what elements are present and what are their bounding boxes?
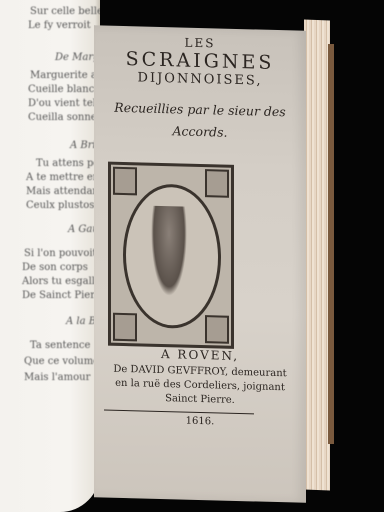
coat-of-arms-icon [113,167,137,196]
left-page-line: Mais attendant [26,186,100,197]
left-page-line: Ceulx plustost [26,200,98,211]
left-page-line: A te mettre en [26,172,99,183]
left-page-line: Sur celle belle [30,6,100,17]
imprint-year: 1616. [94,413,306,430]
left-page-line: Que ce volume [24,356,99,367]
left-page-line: Cueille blanche [28,84,100,95]
left-page-line: Ta sentence [30,340,90,351]
winged-figure-icon [151,206,187,297]
title-page: LES SCRAIGNES DIJONNOISES, Recueillies p… [94,25,306,503]
page-fore-edges [304,20,330,491]
left-page-line: Le fy verroit [28,20,91,31]
left-facing-page: Sur celle belle Le fy verroit De Marguer… [0,0,100,512]
left-page-line: De son corps [22,262,88,273]
book-cover-edge [328,44,334,444]
coat-of-arms-icon [205,169,229,198]
subtitle-line-2: Accords. [94,121,306,142]
left-page-line: Marguerite a la [30,70,100,81]
left-page-line: Alors tu esgaller [22,276,100,287]
imprint-place: A ROVEN, [94,345,306,365]
photo-scene: Sur celle belle Le fy verroit De Marguer… [0,0,384,512]
left-page-line: Cueilla sonne [28,112,97,123]
left-page-line: De Sainct Pierre [22,290,100,301]
coat-of-arms-icon [205,315,229,344]
left-page-line: Mais l'amour [24,372,90,383]
coat-of-arms-icon [113,313,137,342]
left-page-line: Tu attens pour [36,158,100,169]
imprint-line-3: Sainct Pierre. [94,391,306,408]
woodcut-illustration [108,162,234,349]
left-page-line: D'ou vient telle [28,98,100,109]
subtitle-line-1: Recueillies par le sieur des [94,99,306,120]
left-page-line: Si l'on pouvoit [24,248,97,259]
